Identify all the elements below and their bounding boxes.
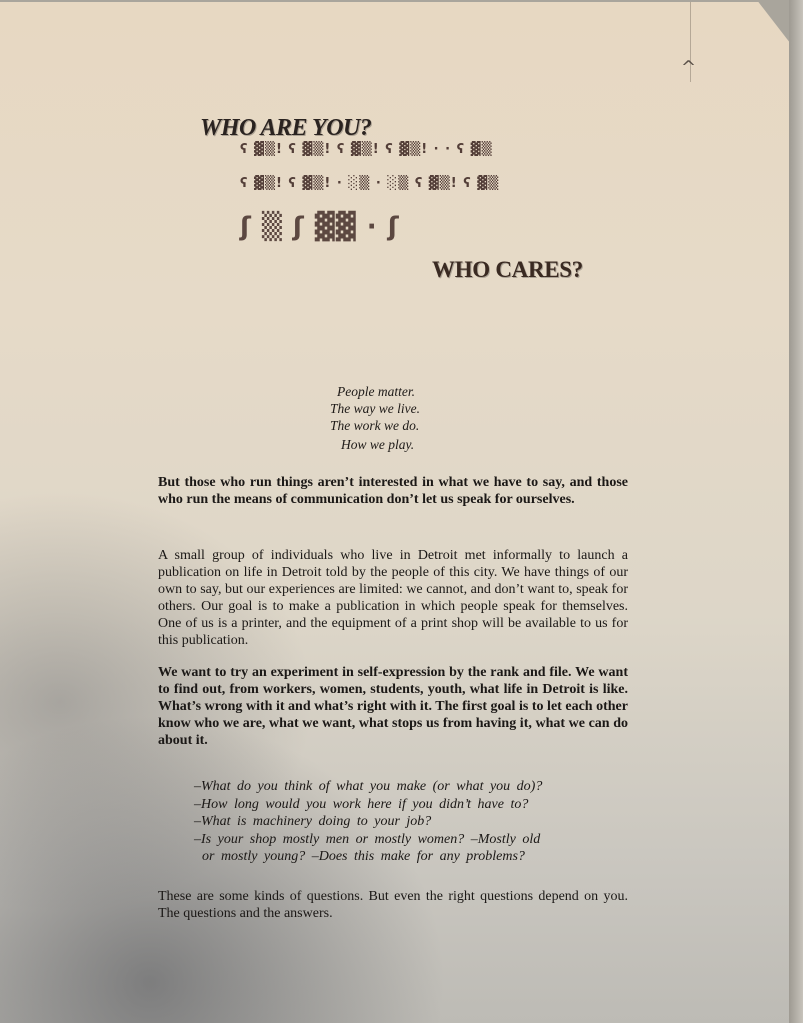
- paragraph-group: A small group of individuals who live in…: [158, 547, 628, 649]
- question-item: –What do you think of what you make (or …: [194, 778, 624, 796]
- paragraph-experiment: We want to try an experiment in self-exp…: [158, 664, 628, 749]
- poem-line: People matter.: [330, 383, 470, 400]
- poem-block: People matter. The way we live. The work…: [330, 383, 470, 453]
- figure-row-1: ʕ ▓▒! ʕ ▓▒! ʕ ▓▒! ʕ ▓▒! · · ʕ ▓▒: [240, 142, 493, 157]
- figure-row-3: ʃ ▒ ʃ ▓▓ · ʃ: [240, 212, 400, 242]
- paragraph-closing: These are some kinds of questions. But e…: [158, 888, 628, 922]
- figure-row-2: ʕ ▓▒! ʕ ▓▒! · ░▒ · ░▒ ʕ ▓▒! ʕ ▓▒: [240, 176, 499, 191]
- poem-line: The way we live.: [330, 400, 470, 417]
- heading-who-cares: WHO CARES?: [432, 257, 583, 283]
- paragraph-intro: But those who run things aren’t interest…: [158, 474, 628, 508]
- question-item: –What is machinery doing to your job?: [194, 813, 624, 831]
- poem-line: The work we do.: [330, 417, 470, 434]
- questions-list: –What do you think of what you make (or …: [194, 778, 624, 866]
- background-surface: [789, 0, 803, 1023]
- document-page: ^ WHO ARE YOU? ʕ ▓▒! ʕ ▓▒! ʕ ▓▒! ʕ ▓▒! ·…: [0, 2, 790, 1023]
- question-item: –Is your shop mostly men or mostly women…: [194, 831, 624, 849]
- paper-tear-mark: ^: [681, 57, 696, 78]
- poem-line: How we play.: [330, 436, 470, 453]
- question-item-continued: or mostly young? –Does this make for any…: [194, 848, 624, 866]
- question-item: –How long would you work here if you did…: [194, 796, 624, 814]
- heading-who-are-you: WHO ARE YOU?: [200, 115, 371, 142]
